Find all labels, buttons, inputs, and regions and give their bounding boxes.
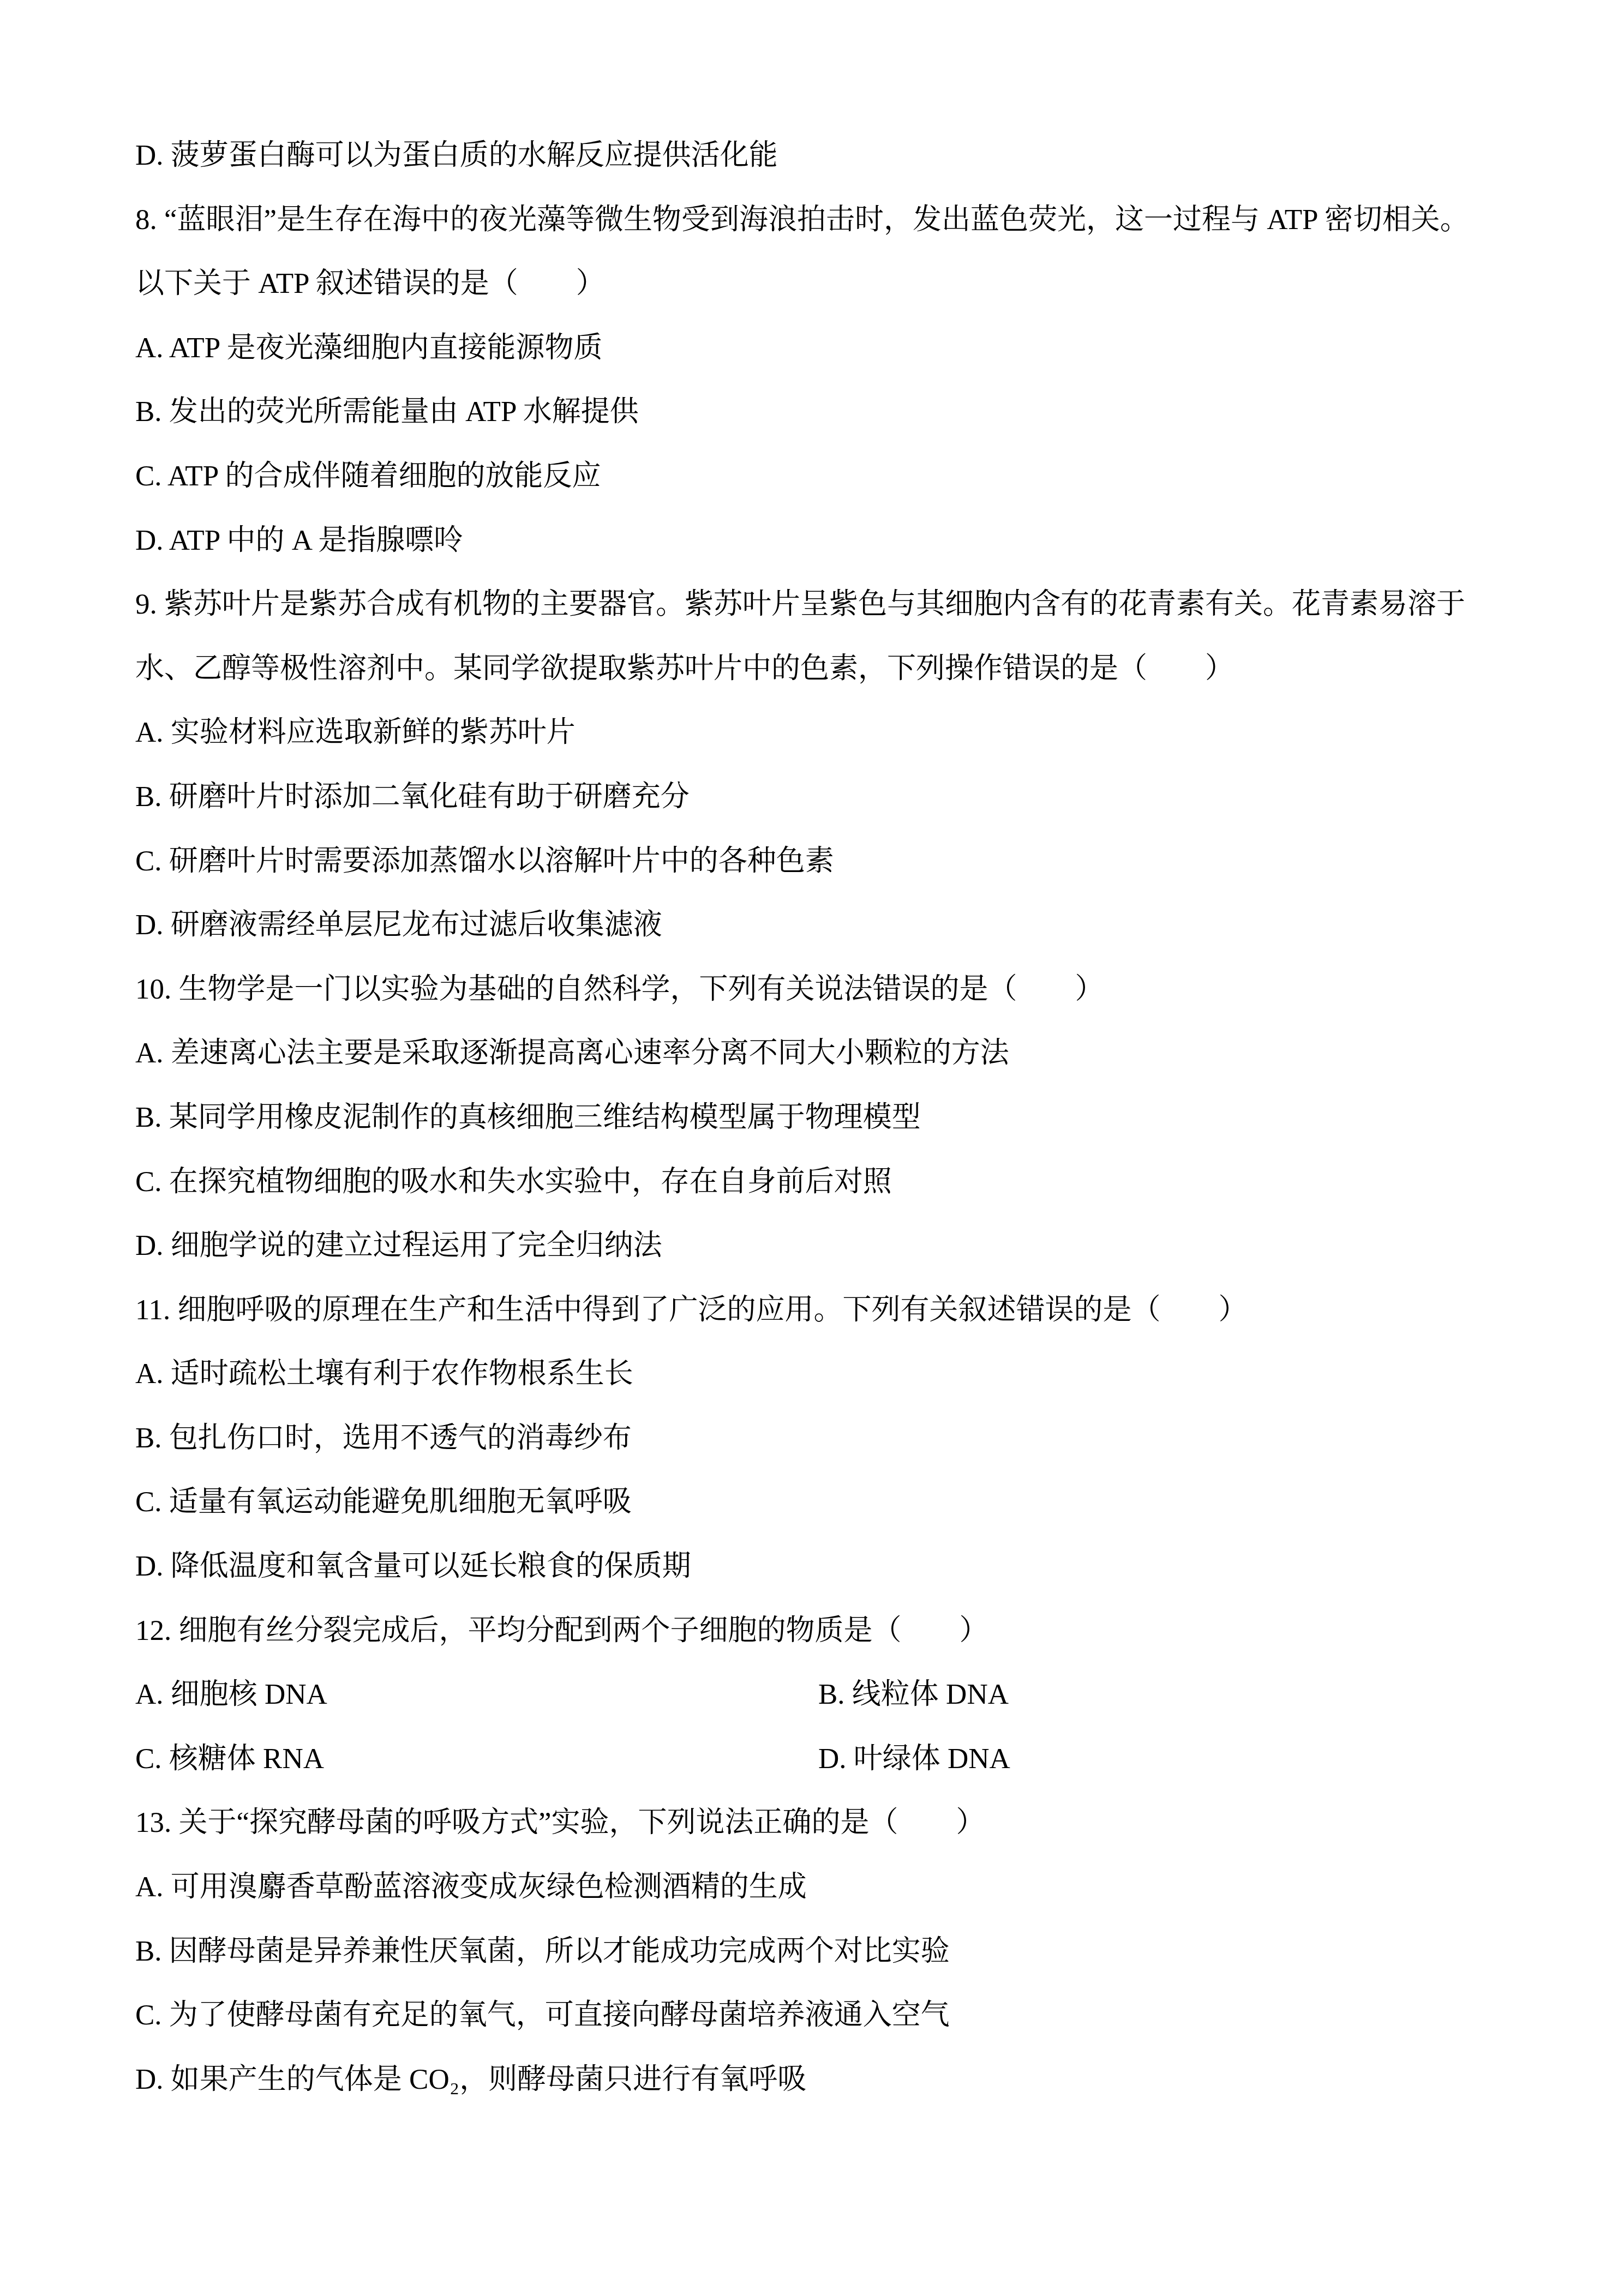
q9-stem-line2: 水、乙醇等极性溶剂中。某同学欲提取紫苏叶片中的色素，下列操作错误的是（ ） — [135, 637, 1542, 701]
q12-stem: 12. 细胞有丝分裂完成后，平均分配到两个子细胞的物质是（ ） — [135, 1599, 1542, 1663]
q10-option-d: D. 细胞学说的建立过程运用了完全归纳法 — [135, 1214, 1542, 1278]
q9-option-d: D. 研磨液需经单层尼龙布过滤后收集滤液 — [135, 893, 1542, 958]
question-13: 13. 关于“探究酵母菌的呼吸方式”实验，下列说法正确的是（ ） A. 可用溴麝… — [135, 1791, 1542, 2112]
q8-option-b: B. 发出的荧光所需能量由 ATP 水解提供 — [135, 380, 1542, 444]
question-12: 12. 细胞有丝分裂完成后，平均分配到两个子细胞的物质是（ ） A. 细胞核 D… — [135, 1599, 1542, 1792]
q8-option-a: A. ATP 是夜光藻细胞内直接能源物质 — [135, 316, 1542, 381]
q9-stem-line1: 9. 紫苏叶片是紫苏合成有机物的主要器官。紫苏叶片呈紫色与其细胞内含有的花青素有… — [135, 573, 1542, 637]
question-8: 8. “蓝眼泪”是生存在海中的夜光藻等微生物受到海浪拍击时，发出蓝色荧光，这一过… — [135, 188, 1542, 573]
q11-stem: 11. 细胞呼吸的原理在生产和生活中得到了广泛的应用。下列有关叙述错误的是（ ） — [135, 1278, 1542, 1343]
q7-option-d: D. 菠萝蛋白酶可以为蛋白质的水解反应提供活化能 — [135, 124, 1542, 188]
question-9: 9. 紫苏叶片是紫苏合成有机物的主要器官。紫苏叶片呈紫色与其细胞内含有的花青素有… — [135, 573, 1542, 958]
question-11: 11. 细胞呼吸的原理在生产和生活中得到了广泛的应用。下列有关叙述错误的是（ ）… — [135, 1278, 1542, 1599]
q11-option-a: A. 适时疏松土壤有利于农作物根系生长 — [135, 1342, 1542, 1407]
q11-option-b: B. 包扎伤口时，选用不透气的消毒纱布 — [135, 1407, 1542, 1471]
question-7-partial: D. 菠萝蛋白酶可以为蛋白质的水解反应提供活化能 — [135, 124, 1542, 188]
q12-option-row-2: C. 核糖体 RNA D. 叶绿体 DNA — [135, 1727, 1542, 1792]
q12-option-b: B. 线粒体 DNA — [818, 1663, 1009, 1727]
q11-option-d: D. 降低温度和氧含量可以延长粮食的保质期 — [135, 1535, 1542, 1599]
q12-option-c: C. 核糖体 RNA — [135, 1727, 324, 1792]
q11-option-c: C. 适量有氧运动能避免肌细胞无氧呼吸 — [135, 1470, 1542, 1535]
q8-stem-line1: 8. “蓝眼泪”是生存在海中的夜光藻等微生物受到海浪拍击时，发出蓝色荧光，这一过… — [135, 188, 1542, 253]
q9-option-c: C. 研磨叶片时需要添加蒸馏水以溶解叶片中的各种色素 — [135, 830, 1542, 894]
q9-option-a: A. 实验材料应选取新鲜的紫苏叶片 — [135, 701, 1542, 765]
q13-option-b: B. 因酵母菌是异养兼性厌氧菌，所以才能成功完成两个对比实验 — [135, 1920, 1542, 1984]
q10-option-a: A. 差速离心法主要是采取逐渐提高离心速率分离不同大小颗粒的方法 — [135, 1021, 1542, 1086]
question-10: 10. 生物学是一门以实验为基础的自然科学，下列有关说法错误的是（ ） A. 差… — [135, 958, 1542, 1278]
q8-stem-line2: 以下关于 ATP 叙述错误的是（ ） — [135, 252, 1542, 316]
q8-option-d: D. ATP 中的 A 是指腺嘌呤 — [135, 509, 1542, 573]
q10-stem: 10. 生物学是一门以实验为基础的自然科学，下列有关说法错误的是（ ） — [135, 958, 1542, 1022]
q12-option-row-1: A. 细胞核 DNA B. 线粒体 DNA — [135, 1663, 1542, 1727]
q13-option-d: D. 如果产生的气体是 CO₂，则酵母菌只进行有氧呼吸 — [135, 2048, 1542, 2112]
q13-stem: 13. 关于“探究酵母菌的呼吸方式”实验，下列说法正确的是（ ） — [135, 1791, 1542, 1855]
q9-option-b: B. 研磨叶片时添加二氧化硅有助于研磨充分 — [135, 765, 1542, 830]
exam-page: D. 菠萝蛋白酶可以为蛋白质的水解反应提供活化能 8. “蓝眼泪”是生存在海中的… — [0, 0, 1624, 2296]
q10-option-c: C. 在探究植物细胞的吸水和失水实验中，存在自身前后对照 — [135, 1150, 1542, 1215]
q12-option-a: A. 细胞核 DNA — [135, 1663, 327, 1727]
q13-option-a: A. 可用溴麝香草酚蓝溶液变成灰绿色检测酒精的生成 — [135, 1855, 1542, 1920]
text-body: D. 菠萝蛋白酶可以为蛋白质的水解反应提供活化能 8. “蓝眼泪”是生存在海中的… — [0, 0, 1624, 2112]
q10-option-b: B. 某同学用橡皮泥制作的真核细胞三维结构模型属于物理模型 — [135, 1086, 1542, 1150]
q12-option-d: D. 叶绿体 DNA — [818, 1727, 1010, 1792]
q8-option-c: C. ATP 的合成伴随着细胞的放能反应 — [135, 444, 1542, 509]
q13-option-c: C. 为了使酵母菌有充足的氧气，可直接向酵母菌培养液通入空气 — [135, 1984, 1542, 2048]
